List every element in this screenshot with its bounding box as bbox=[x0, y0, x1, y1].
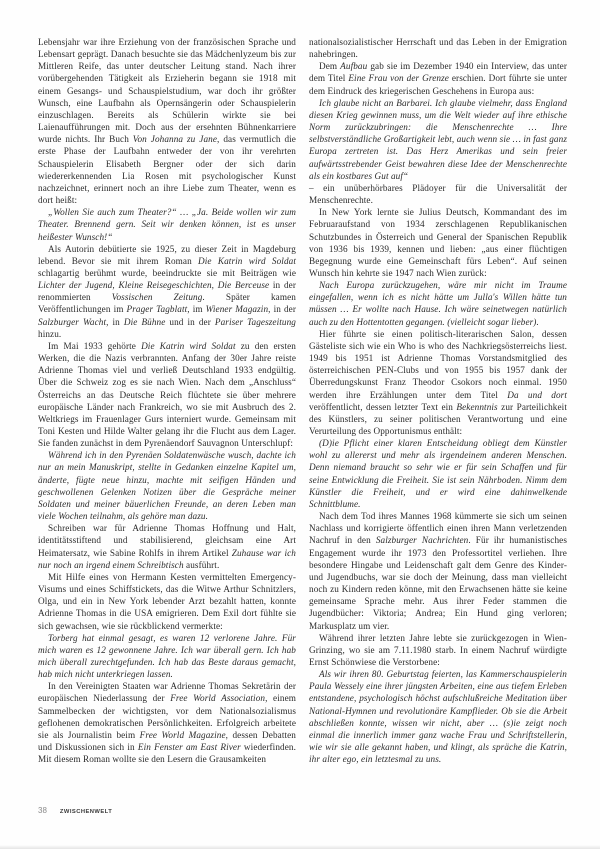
body-paragraph: Lebensjahr war ihre Erziehung von der fr… bbox=[38, 36, 296, 206]
page-footer: 38 ZWISCHENWELT bbox=[38, 806, 112, 815]
body-paragraph: nationalsozialistischer Herrschaft und d… bbox=[309, 36, 567, 60]
body-paragraph: Im Mai 1933 gehörte Die Katrin wird Sold… bbox=[38, 340, 296, 449]
text-run: Im Mai 1933 gehörte bbox=[48, 341, 141, 351]
right-column: nationalsozialistischer Herrschaft und d… bbox=[309, 36, 567, 765]
text-run: schlagartig berühmt wurde, beeindruckte … bbox=[38, 268, 296, 278]
text-run: Von Johanna zu Jane bbox=[133, 134, 217, 144]
journal-page: Lebensjahr war ihre Erziehung von der fr… bbox=[0, 0, 600, 849]
body-paragraph: Als Autorin debütierte sie 1925, zu dies… bbox=[38, 243, 296, 340]
text-run: Die Katrin wird Soldat bbox=[198, 256, 296, 266]
text-run: Die Bühne bbox=[124, 317, 166, 327]
text-run: Ein Fenster am East River bbox=[138, 742, 241, 752]
text-run: Torberg hat einmal gesagt, es waren 12 v… bbox=[38, 633, 296, 679]
body-paragraph: Schreiben war für Adrienne Thomas Hoffnu… bbox=[38, 522, 296, 571]
quote-paragraph: Als wir ihren 80. Geburtstag feierten, l… bbox=[309, 668, 567, 765]
text-run: hinzu. bbox=[38, 329, 61, 339]
quote-paragraph: Während ich in den Pyrenäen Soldatenwäsc… bbox=[38, 449, 296, 522]
body-paragraph: – ein unüberhörbares Plädoyer für die Un… bbox=[309, 182, 567, 206]
text-run: Ich glaube nicht an Barbarei. Ich glaube… bbox=[309, 98, 567, 181]
text-run: Während ich in den Pyrenäen Soldatenwäsc… bbox=[38, 450, 296, 521]
body-paragraph: In den Vereinigten Staaten war Adrienne … bbox=[38, 680, 296, 765]
text-run: ausführt. bbox=[184, 560, 220, 570]
text-run: – ein unüberhörbares Plädoyer für die Un… bbox=[309, 183, 567, 205]
text-run: veröffentlicht, dessen letzter Text ein bbox=[309, 402, 456, 412]
text-run: Da und dort bbox=[507, 390, 567, 400]
text-run: (D)ie Pflicht einer klaren Entscheidung … bbox=[309, 438, 567, 509]
quote-paragraph: Nach Europa zurückzugehen, wäre mir nich… bbox=[309, 279, 567, 328]
text-run: und in der bbox=[165, 317, 214, 327]
quote-paragraph: „Wollen Sie auch zum Theater?“ … „Ja. Be… bbox=[38, 206, 296, 242]
text-run: Free World Association bbox=[170, 693, 265, 703]
left-column: Lebensjahr war ihre Erziehung von der fr… bbox=[38, 36, 296, 765]
body-paragraph: Dem Aufbau gab sie im Dezember 1940 ein … bbox=[309, 60, 567, 96]
body-paragraph: Mit Hilfe eines von Hermann Kesten vermi… bbox=[38, 571, 296, 632]
text-run: , in bbox=[106, 317, 124, 327]
quote-paragraph: Torberg hat einmal gesagt, es waren 12 v… bbox=[38, 632, 296, 681]
text-run: Die Katrin wird Soldat bbox=[141, 341, 236, 351]
text-run: , in der bbox=[268, 304, 296, 314]
text-run: Aufbau bbox=[340, 61, 367, 71]
body-paragraph: Hier führte sie einen politisch-literari… bbox=[309, 328, 567, 437]
body-paragraph: Während ihrer letzten Jahre lebte sie zu… bbox=[309, 632, 567, 668]
text-run: . Für ihr humanistisches Engagement wurd… bbox=[309, 535, 567, 630]
text-run: , im bbox=[187, 304, 205, 314]
text-run: Lichter der Jugend, Kleine Reisegeschich… bbox=[38, 280, 269, 290]
text-run: Dem bbox=[319, 61, 340, 71]
text-run: Nach Europa zurückzugehen, wäre mir nich… bbox=[309, 280, 567, 326]
text-run: Mit Hilfe eines von Hermann Kesten vermi… bbox=[38, 572, 296, 631]
text-run: Prager Tagblatt bbox=[127, 304, 188, 314]
text-run: , das vermutlich die erste Phase der Lau… bbox=[38, 134, 296, 205]
quote-paragraph: Ich glaube nicht an Barbarei. Ich glaube… bbox=[309, 97, 567, 182]
text-run: zu den ersten Werken, die die Nazis verb… bbox=[38, 341, 296, 448]
text-run: Free World Magazine bbox=[140, 730, 226, 740]
text-run: Pariser Tageszeitung bbox=[215, 317, 296, 327]
text-run: Vossischen Zeitung bbox=[112, 292, 203, 302]
text-run: Bekenntnis bbox=[456, 402, 497, 412]
text-columns: Lebensjahr war ihre Erziehung von der fr… bbox=[38, 36, 567, 765]
text-run: Salzburger Nachrichten bbox=[376, 535, 469, 545]
text-run: Lebensjahr war ihre Erziehung von der fr… bbox=[38, 37, 296, 144]
page-bottom-edge bbox=[0, 845, 600, 849]
quote-paragraph: (D)ie Pflicht einer klaren Entscheidung … bbox=[309, 437, 567, 510]
text-run: nationalsozialistischer Herrschaft und d… bbox=[309, 37, 567, 59]
journal-name: ZWISCHENWELT bbox=[60, 809, 112, 815]
text-run: Als wir ihren 80. Geburtstag feierten, l… bbox=[309, 669, 567, 764]
text-run: In New York lernte sie Julius Deutsch, K… bbox=[309, 207, 567, 278]
text-run: Während ihrer letzten Jahre lebte sie zu… bbox=[309, 633, 567, 667]
body-paragraph: Nach dem Tod ihres Mannes 1968 kümmerte … bbox=[309, 510, 567, 632]
body-paragraph: In New York lernte sie Julius Deutsch, K… bbox=[309, 206, 567, 279]
text-run: Salzburger Wacht bbox=[38, 317, 106, 327]
text-run: Eine Frau von der Grenze bbox=[348, 73, 449, 83]
text-run: „Wollen Sie auch zum Theater?“ … „Ja. Be… bbox=[38, 207, 296, 241]
text-run: Wiener Magazin bbox=[206, 304, 269, 314]
page-number: 38 bbox=[38, 806, 47, 815]
